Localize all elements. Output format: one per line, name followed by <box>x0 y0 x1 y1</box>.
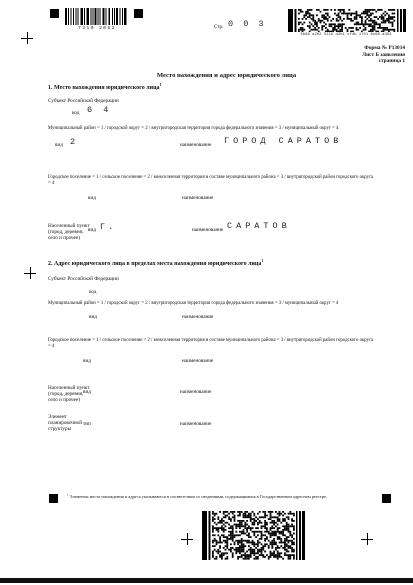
s2-planning-name-label: наименование <box>180 421 211 427</box>
s2-locality-kind-label: вид <box>83 389 91 395</box>
s1-locality-name-field: САРАТОВ <box>227 221 291 231</box>
registration-square-bottom-right <box>382 494 391 503</box>
section2-heading: 2. Адрес юридического лица в пределах ме… <box>48 261 263 267</box>
s1-municipal-name-field: ГОРОД САРАТОВ <box>224 136 342 146</box>
registration-square-top-left-2 <box>134 9 143 18</box>
s2-municipal-hint: Муниципальный район = 1 / городской окру… <box>48 301 338 307</box>
s1-subject-code-field: 6 4 <box>87 105 111 115</box>
section1-footnote-ref: 1 <box>160 83 162 87</box>
scan-edge-artifact <box>0 578 413 583</box>
page-info: страница 1 <box>362 58 405 65</box>
page-number-value: 0 0 3 <box>228 19 266 29</box>
s1-settlement-kind-label: вид <box>88 195 96 201</box>
s1-subject-code-label: код <box>72 110 79 116</box>
section1-heading: 1. Место нахождения юридического лица1 <box>48 85 161 91</box>
s1-settlement-name-label: наименование <box>182 195 213 201</box>
barcode-2d-top <box>288 9 406 32</box>
s2-settlement-hint: Городское поселение = 1 / сельское посел… <box>48 338 374 350</box>
form-number: Форма № Р13014 <box>362 45 405 52</box>
s1-municipal-kind-field: 2 <box>70 137 78 147</box>
barcode-2d-bottom <box>202 511 305 560</box>
s2-municipal-kind-label: вид <box>89 314 97 320</box>
crop-mark-middle-left <box>24 267 36 279</box>
crop-mark-bottom-right <box>361 533 373 545</box>
sheet-label: Лист Б заявления <box>362 52 405 59</box>
s1-locality-name-label: наименование <box>192 227 223 233</box>
form-meta: Форма № Р13014 Лист Б заявления страница… <box>362 45 405 65</box>
s1-settlement-hint: Городское поселение = 1 / сельское посел… <box>48 175 374 187</box>
s2-locality-name-label: наименование <box>180 389 211 395</box>
s1-locality-kind-label: вид <box>88 227 96 233</box>
barcode-2d-top-caption: 5b66 a202 5116 d2b1 cf4b 1701 8c66 a394 <box>283 33 409 37</box>
section2-footnote-ref: 1 <box>261 259 263 263</box>
form-page: 7310 2052 Стр. 0 0 3 5b66 a202 5116 d2b1… <box>0 0 413 585</box>
s1-municipal-kind-label: вид <box>55 142 63 148</box>
s2-settlement-kind-label: вид <box>83 358 91 364</box>
barcode-1d-caption: 7310 2052 <box>65 26 129 31</box>
s2-planning-type-label: тип <box>83 421 91 427</box>
footnote: 1 Элементы места нахождения и адреса ука… <box>67 494 359 499</box>
s1-municipal-name-label: наименование <box>180 142 211 148</box>
section1-heading-text: 1. Место нахождения юридического лица <box>48 85 160 91</box>
section2-heading-text: 2. Адрес юридического лица в пределах ме… <box>48 261 261 267</box>
s1-locality-kind-field: Г. <box>100 222 116 232</box>
crop-mark-bottom-center <box>181 533 193 545</box>
footnote-ref: 1 <box>67 493 68 497</box>
s1-locality-label: Населенный пункт (город, деревня, село и… <box>48 223 90 241</box>
s2-settlement-name-label: наименование <box>182 358 213 364</box>
crop-mark-top-left <box>21 32 33 44</box>
registration-square-top-left-1 <box>50 9 59 18</box>
s2-municipal-name-label: наименование <box>182 314 213 320</box>
footnote-text: Элементы места нахождения и адреса указы… <box>70 494 328 499</box>
s2-subject-label: Субъект Российской Федерации <box>48 276 119 282</box>
s1-subject-label: Субъект Российской Федерации <box>48 98 119 104</box>
s1-municipal-hint: Муниципальный район = 1 / городской окру… <box>48 126 338 132</box>
registration-square-bottom-left <box>49 494 58 503</box>
s2-subject-code-label: код <box>89 289 96 295</box>
page-title: Место нахождения и адрес юридического ли… <box>48 72 405 79</box>
barcode-1d <box>65 8 129 25</box>
page-number-label: Стр. <box>214 25 223 30</box>
